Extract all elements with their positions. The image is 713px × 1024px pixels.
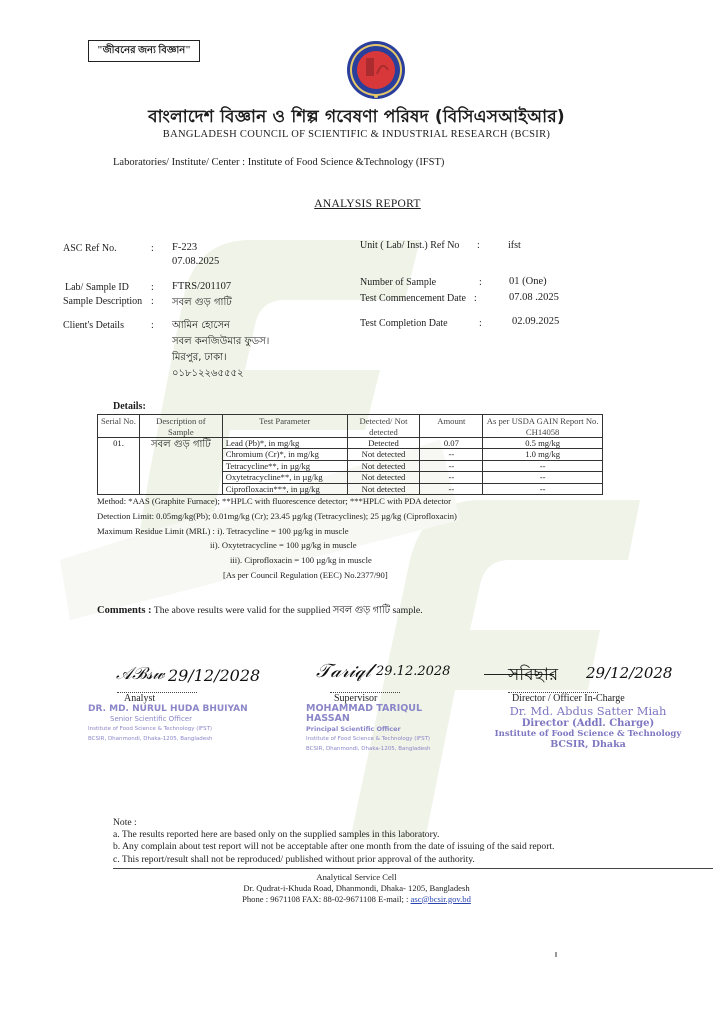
- handwritten-signature: সবিছার 29/12/2028: [478, 656, 698, 692]
- org-name-bengali: বাংলাদেশ বিজ্ঞান ও শিল্প গবেষণা পরিষদ (ব…: [0, 104, 713, 132]
- signature-supervisor: 𝒯𝒶𝓇𝒾𝓆𝓁 29.12.2028 Supervisor MOHAMMAD TA…: [300, 656, 460, 754]
- report-title: ANALYSIS REPORT: [0, 198, 713, 210]
- footer-contact: Phone : 9671108 FAX: 88-02-9671108 E-mai…: [0, 894, 713, 905]
- limit-cell: --: [483, 460, 603, 471]
- method-line: Method: *AAS (Graphite Furnace); **HPLC …: [97, 496, 451, 506]
- stamp-address: BCSIR, Dhanmondi, Dhaka-1205, Bangladesh: [300, 744, 460, 754]
- client-name: আমিন হোসেন: [172, 318, 230, 335]
- parameter-cell: Ciprofloxacin***, in µg/kg: [222, 483, 347, 494]
- details-heading: Details:: [113, 401, 146, 412]
- limit-cell: 0.5 mg/kg: [483, 438, 603, 449]
- footer-cell-name: Analytical Service Cell: [0, 872, 713, 883]
- lab-institute-line: Laboratories/ Institute/ Center : Instit…: [113, 157, 444, 168]
- number-of-sample-label: Number of Sample: [360, 277, 436, 288]
- stamp-institute: Institute of Food Science & Technology (…: [80, 724, 260, 734]
- mrl-line-1: Maximum Residue Limit (MRL) : i). Tetrac…: [97, 526, 349, 536]
- org-name-english: BANGLADESH COUNCIL OF SCIENTIFIC & INDUS…: [0, 129, 713, 140]
- footer-address: Dr. Qudrat-i-Khuda Road, Dhanmondi, Dhak…: [0, 883, 713, 894]
- notes-section: Note : a. The results reported here are …: [113, 817, 554, 866]
- stamp-name: DR. MD. NURUL HUDA BHUIYAN: [80, 704, 260, 714]
- stamp-name: MOHAMMAD TARIQUL HASSAN: [300, 704, 460, 724]
- limit-cell: --: [483, 483, 603, 494]
- stamp-institute: Institute of Food Science & Technology: [478, 729, 698, 739]
- stamp-institute: Institute of Food Science & Technology (…: [300, 734, 460, 744]
- colon: :: [151, 320, 154, 331]
- limit-cell: --: [483, 472, 603, 483]
- amount-cell: --: [420, 460, 483, 471]
- sample-cell: সবল গুড় গাটি: [139, 438, 222, 495]
- client-address: মিরপুর, ঢাকা।: [172, 350, 227, 367]
- colon: :: [151, 282, 154, 293]
- comments-label: Comments :: [97, 605, 152, 616]
- sample-description-label: Sample Description: [63, 296, 142, 307]
- number-of-sample-value: 01 (One): [509, 276, 547, 287]
- client-company: সবল কনজিউমার ফুডস।: [172, 334, 269, 351]
- col-usda-limit: As per USDA GAIN Report No. CH14058: [483, 415, 603, 438]
- footer: Analytical Service Cell Dr. Qudrat-i-Khu…: [0, 872, 713, 904]
- stamp-name: Dr. Md. Abdus Satter Miah: [478, 704, 698, 718]
- mrl-line-2: ii). Oxytetracycline = 100 µg/kg in musc…: [210, 540, 357, 550]
- unit-ref-label: Unit ( Lab/ Inst.) Ref No: [360, 240, 459, 251]
- col-description: Description of Sample: [139, 415, 222, 438]
- stamp-title: Director (Addl. Charge): [478, 718, 698, 729]
- scan-speck: [555, 952, 557, 957]
- parameter-cell: Lead (Pb)*, in mg/kg: [222, 438, 347, 449]
- sample-description-value: সবল গুড় গাটি: [172, 295, 232, 312]
- comments: Comments : The above results were valid …: [97, 603, 423, 620]
- mrl-line-3: iii). Ciprofloxacin = 100 µg/kg in muscl…: [230, 555, 372, 565]
- bcsir-logo: [346, 40, 406, 100]
- footer-divider: [113, 868, 713, 869]
- unit-ref-value: ifst: [508, 240, 521, 251]
- col-serial: Serial No.: [98, 415, 140, 438]
- completion-date-label: Test Completion Date: [360, 318, 448, 329]
- handwritten-signature: 𝒯𝒶𝓇𝒾𝓆𝓁 29.12.2028: [300, 656, 460, 692]
- colon: :: [479, 277, 482, 288]
- amount-cell: --: [420, 449, 483, 460]
- parameter-cell: Oxytetracycline**, in µg/kg: [222, 472, 347, 483]
- client-details-label: Client's Details: [63, 320, 124, 331]
- signature-director: সবিছার 29/12/2028 Director / Officer In-…: [478, 656, 698, 750]
- role-label: Analyst: [80, 693, 260, 704]
- col-test-parameter: Test Parameter: [222, 415, 347, 438]
- parameter-cell: Tetracycline**, in µg/kg: [222, 460, 347, 471]
- regulation-line: [As per Council Regulation (EEC) No.2377…: [223, 570, 388, 580]
- limit-cell: 1.0 mg/kg: [483, 449, 603, 460]
- colon: :: [151, 243, 154, 254]
- results-table: Serial No. Description of Sample Test Pa…: [97, 414, 603, 495]
- note-item: b. Any complain about test report will n…: [113, 841, 554, 853]
- serial-cell: 01.: [98, 438, 140, 495]
- detected-cell: Detected: [347, 438, 420, 449]
- colon: :: [477, 240, 480, 251]
- stamp-address: BCSIR, Dhanmondi, Dhaka-1205, Bangladesh: [80, 734, 260, 744]
- amount-cell: --: [420, 483, 483, 494]
- notes-heading: Note :: [113, 817, 554, 829]
- asc-ref-label: ASC Ref No.: [63, 243, 117, 254]
- stamp-title: Principal Scientific Officer: [300, 724, 460, 734]
- detected-cell: Not detected: [347, 472, 420, 483]
- colon: :: [479, 318, 482, 329]
- stamp-address: BCSIR, Dhaka: [478, 739, 698, 750]
- asc-ref-date: 07.08.2025: [172, 256, 219, 267]
- completion-date-value: 02.09.2025: [512, 316, 559, 327]
- detected-cell: Not detected: [347, 483, 420, 494]
- stamp-title: Senior Scientific Officer: [80, 714, 260, 724]
- footer-phone-fax: Phone : 9671108 FAX: 88-02-9671108 E-mai…: [242, 894, 410, 904]
- commencement-date-value: 07.08 .2025: [509, 292, 559, 303]
- detected-cell: Not detected: [347, 449, 420, 460]
- note-item: a. The results reported here are based o…: [113, 829, 554, 841]
- amount-cell: 0.07: [420, 438, 483, 449]
- col-detected: Detected/ Not detected: [347, 415, 420, 438]
- table-row: 01. সবল গুড় গাটি Lead (Pb)*, in mg/kg D…: [98, 438, 603, 449]
- colon: :: [474, 293, 477, 304]
- detected-cell: Not detected: [347, 460, 420, 471]
- detection-limit-line: Detection Limit: 0.05mg/kg(Pb); 0.01mg/k…: [97, 511, 457, 521]
- col-amount: Amount: [420, 415, 483, 438]
- motto-box: "জীবনের জন্য বিজ্ঞান": [88, 40, 200, 62]
- note-item: c. This report/result shall not be repro…: [113, 854, 554, 866]
- colon: :: [151, 296, 154, 307]
- footer-email-link[interactable]: asc@bcsir.gov.bd: [411, 894, 471, 904]
- asc-ref-value: F-223: [172, 242, 197, 253]
- lab-sample-id-value: FTRS/201107: [172, 281, 231, 292]
- table-header-row: Serial No. Description of Sample Test Pa…: [98, 415, 603, 438]
- client-phone: ০১৮১২২৬৫৫৫২: [172, 366, 243, 383]
- signature-analyst: 𝒜ℬ𝓈𝓌 29/12/2028 Analyst DR. MD. NURUL HU…: [80, 658, 260, 744]
- handwritten-signature: 𝒜ℬ𝓈𝓌 29/12/2028: [80, 658, 260, 692]
- amount-cell: --: [420, 472, 483, 483]
- role-label: Director / Officer In-Charge: [478, 693, 698, 704]
- lab-sample-id-label: Lab/ Sample ID: [65, 282, 129, 293]
- parameter-cell: Chromium (Cr)*, in mg/kg: [222, 449, 347, 460]
- commencement-date-label: Test Commencement Date: [360, 293, 466, 304]
- comments-text: The above results were valid for the sup…: [152, 605, 423, 616]
